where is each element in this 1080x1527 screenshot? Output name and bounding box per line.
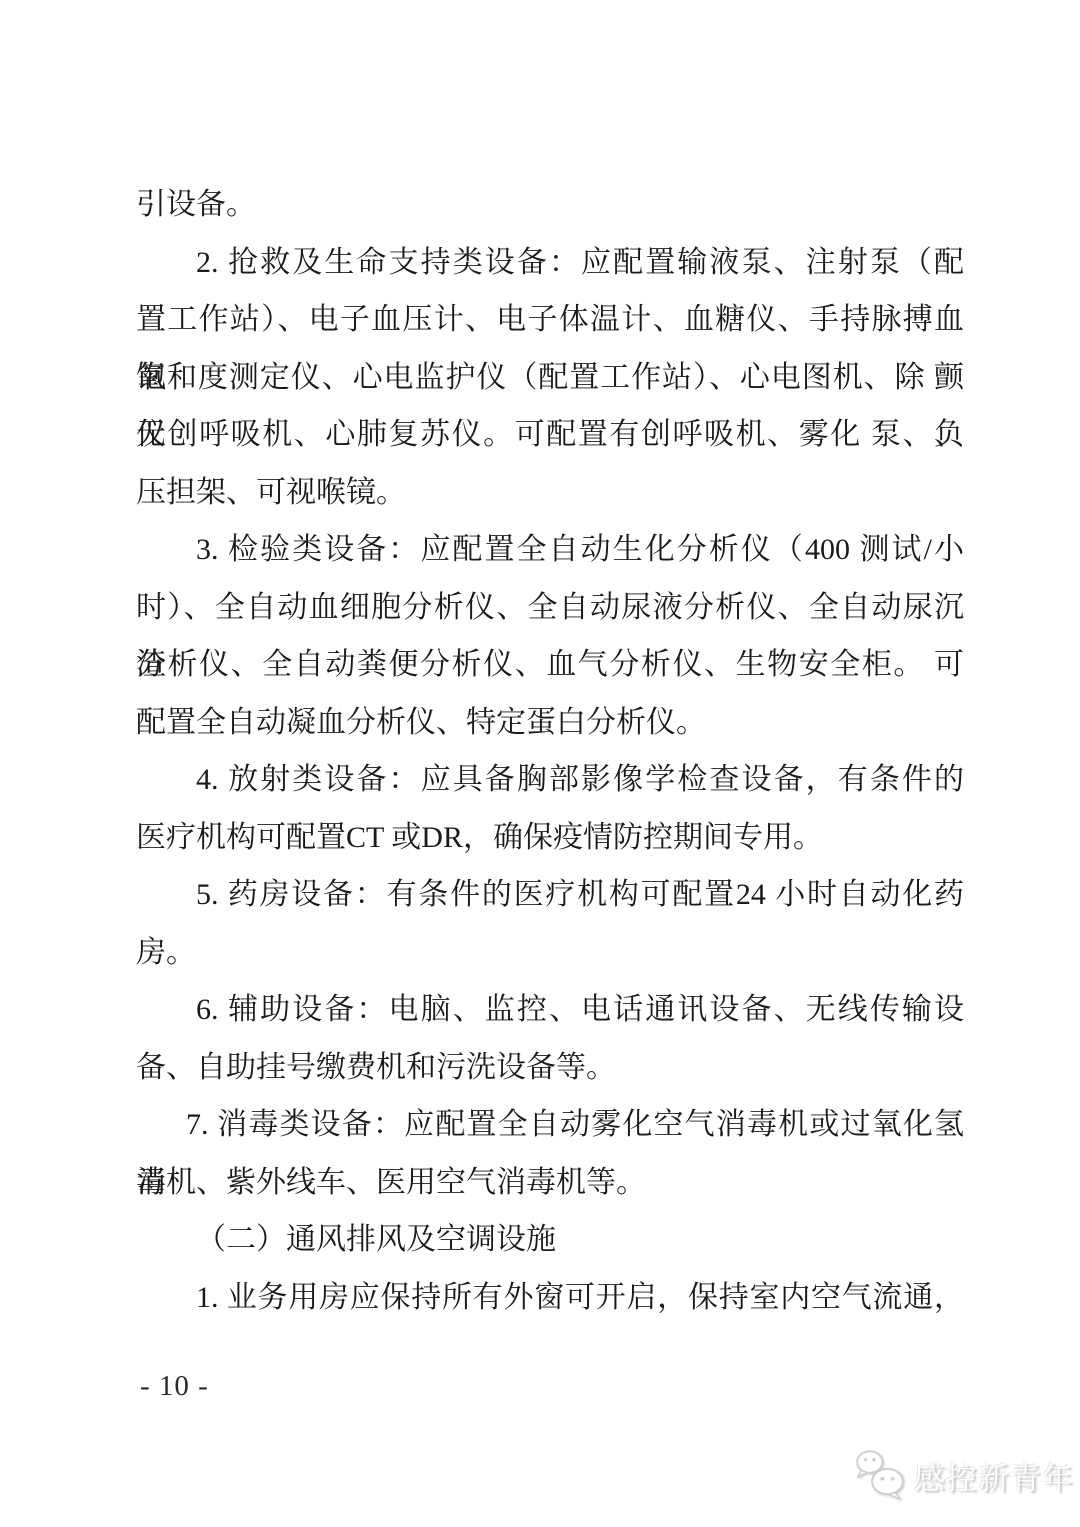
watermark: 感控新青年 — [852, 1448, 1074, 1502]
text-line: 引设备。 — [136, 176, 964, 234]
text-line: 备、自助挂号缴费机和污洗设备等。 — [136, 1039, 964, 1097]
page-number: - 10 - — [140, 1370, 209, 1403]
text-line: 配置全自动凝血分析仪、特定蛋白分析仪。 — [136, 694, 964, 752]
text-line: 饱和度测定仪、心电监护仪（配置工作站）、心电图机、除 颤仪、 — [136, 349, 964, 407]
text-line: 时）、全自动血细胞分析仪、全自动尿液分析仪、全自动尿沉 渣 — [136, 579, 964, 637]
text-line: 医疗机构可配置CT 或DR，确保疫情防控期间专用。 — [136, 809, 964, 867]
text-line: 房。 — [136, 924, 964, 982]
document-lines: 引设备。2. 抢救及生命支持类设备：应配置输液泵、注射泵（配置工作站）、电子血压… — [136, 176, 964, 1326]
text-line: 1. 业务用房应保持所有外窗可开启，保持室内空气流通， — [136, 1269, 964, 1327]
document-page: 引设备。2. 抢救及生命支持类设备：应配置输液泵、注射泵（配置工作站）、电子血压… — [0, 0, 1080, 1527]
text-line: 4. 放射类设备：应具备胸部影像学检查设备，有条件的 — [136, 751, 964, 809]
wechat-icon — [852, 1448, 908, 1502]
text-line: 2. 抢救及生命支持类设备：应配置输液泵、注射泵（配 — [136, 234, 964, 292]
text-line: 3. 检验类设备：应配置全自动生化分析仪（400 测试/小 — [136, 521, 964, 579]
text-line: 5. 药房设备：有条件的医疗机构可配置24 小时自动化药 — [136, 866, 964, 924]
text-line: 压担架、可视喉镜。 — [136, 464, 964, 522]
text-line: 毒机、紫外线车、医用空气消毒机等。 — [136, 1154, 964, 1212]
text-line: 6. 辅助设备：电脑、监控、电话通讯设备、无线传输设 — [136, 981, 964, 1039]
text-line: 置工作站）、电子血压计、电子体温计、血糖仪、手持脉搏血 氧 — [136, 291, 964, 349]
text-line: 无创呼吸机、心肺复苏仪。可配置有创呼吸机、雾化 泵、负 — [136, 406, 964, 464]
text-line: 分析仪、全自动粪便分析仪、血气分析仪、生物安全柜。 可 — [136, 636, 964, 694]
watermark-text: 感控新青年 — [914, 1453, 1074, 1498]
text-line: 7. 消毒类设备：应配置全自动雾化空气消毒机或过氧化氢消 — [136, 1096, 964, 1154]
text-line: （二）通风排风及空调设施 — [136, 1211, 964, 1269]
